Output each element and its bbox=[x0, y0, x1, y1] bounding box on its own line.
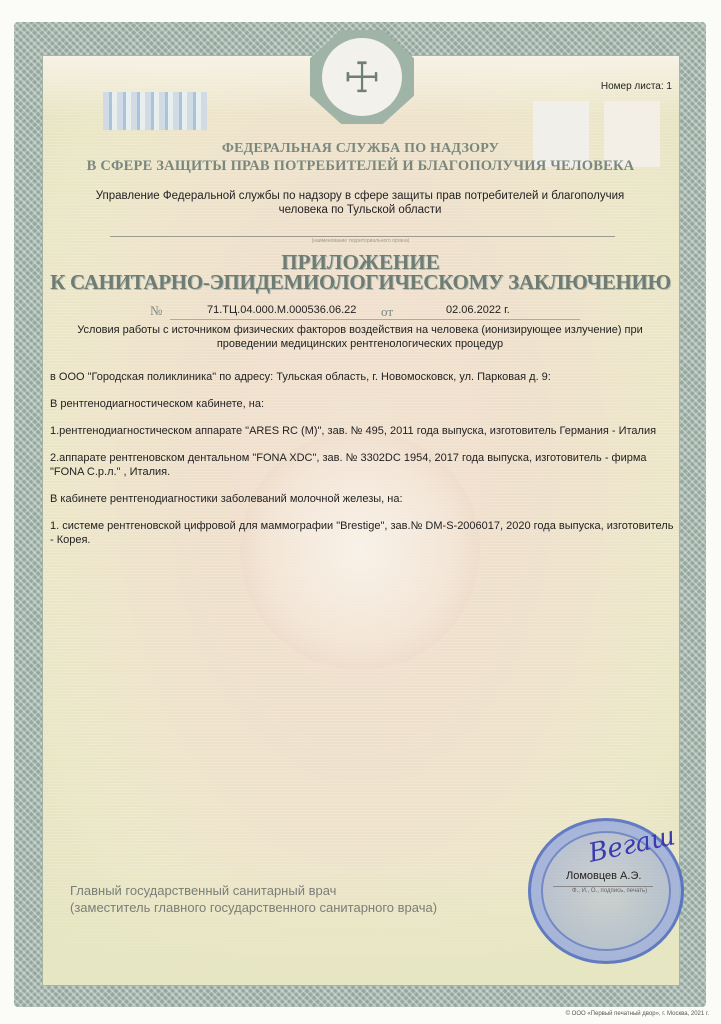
conclusion-number: 71.ТЦ.04.000.М.000536.06.22 bbox=[207, 304, 356, 316]
agency-name-line1: ФЕДЕРАЛЬНАЯ СЛУЖБА ПО НАДЗОРУ bbox=[0, 141, 721, 157]
department-caption: (наименование территориального органа) bbox=[0, 238, 721, 244]
equipment-item: 1. системе рентгеновской цифровой для ма… bbox=[50, 519, 675, 547]
equipment-item: 1.рентгенодиагностическом аппарате "ARES… bbox=[50, 424, 675, 438]
divider bbox=[110, 236, 615, 237]
sheet-number: Номер листа: 1 bbox=[601, 81, 672, 92]
number-label: № bbox=[150, 303, 162, 319]
address-paragraph: в ООО "Городская поликлиника" по адресу:… bbox=[50, 370, 675, 384]
position-line1: Главный государственный санитарный врач bbox=[70, 882, 437, 899]
date-label: от bbox=[381, 304, 393, 320]
position-line2: (заместитель главного государственного с… bbox=[70, 899, 437, 916]
equipment-item: 2.аппарате рентгеновском дентальном "FON… bbox=[50, 451, 675, 479]
section-heading: В кабинете рентгенодиагностики заболеван… bbox=[50, 492, 675, 506]
double-headed-eagle-emblem-icon: ☩ bbox=[322, 38, 402, 116]
signer-caption: Ф., И., О., подпись, печать) bbox=[572, 888, 647, 894]
signer-underline bbox=[553, 886, 653, 887]
conclusion-date: 02.06.2022 г. bbox=[446, 304, 510, 316]
document-body: в ООО "Городская поликлиника" по адресу:… bbox=[50, 370, 675, 560]
signatory-position: Главный государственный санитарный врач … bbox=[70, 882, 437, 916]
printer-imprint: © ООО «Первый печатный двор», г. Москва,… bbox=[566, 1011, 709, 1017]
date-underline bbox=[405, 319, 580, 320]
agency-name-line2: В СФЕРЕ ЗАЩИТЫ ПРАВ ПОТРЕБИТЕЛЕЙ И БЛАГО… bbox=[0, 158, 721, 175]
section-heading: В рентгенодиагностическом кабинете, на: bbox=[50, 397, 675, 411]
document-title-line2: К САНИТАРНО-ЭПИДЕМИОЛОГИЧЕСКОМУ ЗАКЛЮЧЕН… bbox=[0, 270, 721, 295]
conditions-text: Условия работы с источником физических ф… bbox=[50, 323, 670, 351]
department-name: Управление Федеральной службы по надзору… bbox=[70, 189, 650, 217]
hologram-sticker bbox=[103, 92, 207, 130]
signer-name: Ломовцев А.Э. bbox=[566, 870, 641, 882]
